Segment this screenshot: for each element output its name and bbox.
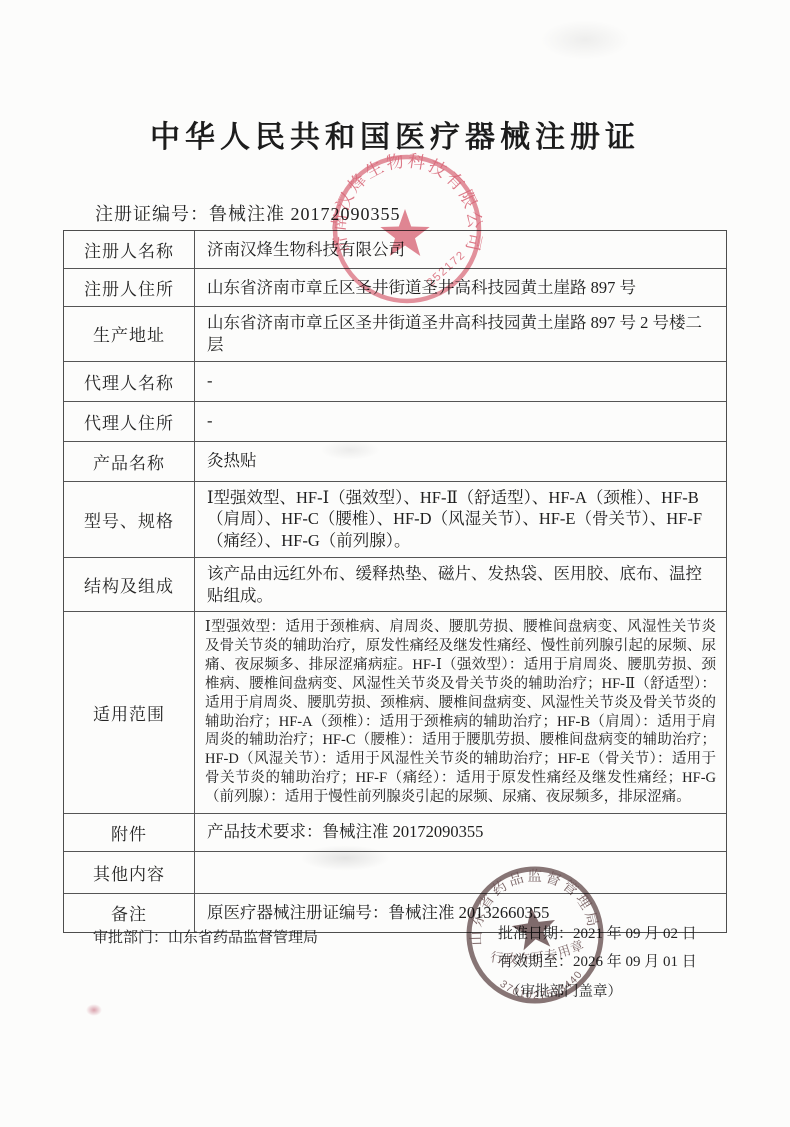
row-value: 山东省济南市章丘区圣井街道圣井高科技园黄土崖路 897 号 <box>195 269 726 306</box>
row-label: 代理人住所 <box>64 402 195 441</box>
row-label: 适用范围 <box>64 612 195 812</box>
approval-department-line: 审批部门：山东省药品监督管理局 <box>93 926 318 947</box>
row-label: 结构及组成 <box>64 558 195 612</box>
table-row: 生产地址 山东省济南市章丘区圣井街道圣井高科技园黄土崖路 897 号 2 号楼二… <box>64 307 726 362</box>
row-label: 附件 <box>64 814 195 851</box>
row-label: 其他内容 <box>64 852 195 893</box>
row-value: 该产品由远红外布、缓释热垫、磁片、发热袋、医用胶、底布、温控贴组成。 <box>195 558 726 612</box>
approval-date-line: 批准日期：2021 年 09 月 02 日 <box>498 922 697 943</box>
certificate-page: 中华人民共和国医疗器械注册证 注册证编号：鲁械注准 20172090355 注册… <box>0 0 790 1127</box>
row-label: 产品名称 <box>64 442 195 481</box>
cert-number-label: 注册证编号： <box>95 204 209 224</box>
row-label: 代理人名称 <box>64 362 195 401</box>
approval-date-label: 批准日期： <box>498 926 573 942</box>
approval-department-value: 山东省药品监督管理局 <box>168 930 318 946</box>
table-row: 代理人名称 - <box>64 362 726 402</box>
row-label: 注册人住所 <box>64 269 195 306</box>
table-row: 产品名称 灸热贴 <box>64 442 726 482</box>
row-value: 济南汉烽生物科技有限公司 <box>195 231 726 268</box>
row-value: 山东省济南市章丘区圣井街道圣井高科技园黄土崖路 897 号 2 号楼二层 <box>195 307 726 361</box>
approval-department-label: 审批部门： <box>93 930 168 946</box>
scan-artifact <box>540 20 630 60</box>
row-label: 型号、规格 <box>64 482 195 557</box>
row-value: 产品技术要求：鲁械注准 20172090355 <box>195 814 726 851</box>
valid-until-value: 2026 年 09 月 01 日 <box>573 954 697 970</box>
table-row: 附件 产品技术要求：鲁械注准 20172090355 <box>64 814 726 852</box>
table-row: 代理人住所 - <box>64 402 726 442</box>
table-row: 其他内容 <box>64 852 726 894</box>
ink-smudge <box>86 1004 102 1016</box>
row-label: 生产地址 <box>64 307 195 361</box>
page-title: 中华人民共和国医疗器械注册证 <box>0 112 790 156</box>
certificate-table: 注册人名称 济南汉烽生物科技有限公司 注册人住所 山东省济南市章丘区圣井街道圣井… <box>63 230 727 933</box>
table-row: 结构及组成 该产品由远红外布、缓释热垫、磁片、发热袋、医用胶、底布、温控贴组成。 <box>64 558 726 613</box>
cert-number-value: 鲁械注准 20172090355 <box>209 204 401 224</box>
row-value: - <box>195 402 726 441</box>
cert-number-line: 注册证编号：鲁械注准 20172090355 <box>95 200 401 226</box>
valid-until-line: 有效期至：2026 年 09 月 01 日 <box>498 950 697 971</box>
valid-until-label: 有效期至： <box>498 954 573 970</box>
table-row: 适用范围 Ⅰ型强效型：适用于颈椎病、肩周炎、腰肌劳损、腰椎间盘病变、风湿性关节炎… <box>64 612 726 813</box>
table-row: 注册人住所 山东省济南市章丘区圣井街道圣井高科技园黄土崖路 897 号 <box>64 269 726 307</box>
row-value: 灸热贴 <box>195 442 726 481</box>
row-value: Ⅰ型强效型、HF-Ⅰ（强效型）、HF-Ⅱ（舒适型）、HF-A（颈椎）、HF-B（… <box>195 482 726 557</box>
table-row: 型号、规格 Ⅰ型强效型、HF-Ⅰ（强效型）、HF-Ⅱ（舒适型）、HF-A（颈椎）… <box>64 482 726 558</box>
row-label: 注册人名称 <box>64 231 195 268</box>
table-row: 注册人名称 济南汉烽生物科技有限公司 <box>64 231 726 269</box>
seal-note: （审批部门盖章） <box>506 980 622 1001</box>
row-value: - <box>195 362 726 401</box>
row-value: Ⅰ型强效型：适用于颈椎病、肩周炎、腰肌劳损、腰椎间盘病变、风湿性关节炎及骨关节炎… <box>195 612 726 812</box>
row-value <box>195 852 726 893</box>
approval-date-value: 2021 年 09 月 02 日 <box>573 926 697 942</box>
